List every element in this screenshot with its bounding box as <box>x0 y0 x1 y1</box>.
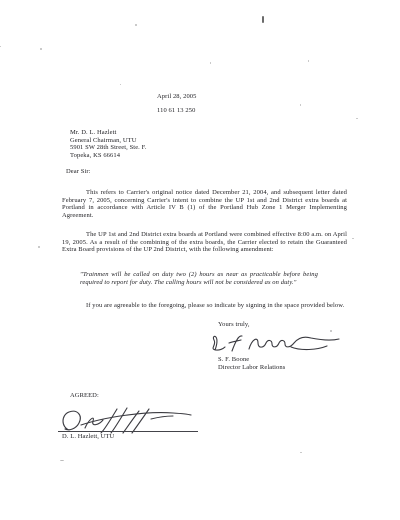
letter-content: April 28, 2005 110 61 13 250 Mr. D. L. H… <box>0 0 400 520</box>
scan-speck <box>356 118 358 119</box>
letter-page: April 28, 2005 110 61 13 250 Mr. D. L. H… <box>0 0 400 520</box>
scan-speck <box>352 238 354 239</box>
amendment-quote: "Trainmen will be called on duty two (2)… <box>80 271 318 286</box>
scan-speck <box>135 24 137 26</box>
scan-artifact <box>262 16 264 23</box>
recipient-city-state: Topeka, KS 66614 <box>70 152 120 160</box>
scan-speck <box>0 46 1 47</box>
file-reference-number: 110 61 13 250 <box>157 107 195 115</box>
sf-boone-signature <box>205 328 345 358</box>
closing-paragraph: If you are agreeable to the foregoing, p… <box>62 302 347 310</box>
scan-speck <box>40 48 42 50</box>
scan-speck <box>120 84 121 85</box>
body-paragraph-1: This refers to Carrier's original notice… <box>62 189 347 219</box>
scan-speck <box>308 60 309 62</box>
scan-speck <box>38 246 40 248</box>
agreed-signer-name: D. L. Hazlett, UTU <box>62 433 114 441</box>
signer-name: S. F. Boone <box>218 356 249 364</box>
scan-speck <box>210 62 211 64</box>
body-paragraph-2: The UP 1st and 2nd District extra boards… <box>62 231 347 254</box>
scan-speck <box>330 330 332 332</box>
recipient-street: 5901 SW 28th Street, Ste. F. <box>70 144 147 152</box>
scan-speck <box>300 104 301 106</box>
salutation: Dear Sir: <box>66 168 91 176</box>
signer-title: Director Labor Relations <box>218 364 285 372</box>
recipient-name: Mr. D. L. Hazlett <box>70 129 116 137</box>
scan-speck <box>300 452 302 453</box>
scan-speck <box>60 460 64 461</box>
agreed-label: AGREED: <box>70 392 99 400</box>
agreement-signature-line <box>58 431 198 432</box>
recipient-title: General Chairman, UTU <box>70 137 137 145</box>
letter-date: April 28, 2005 <box>157 93 197 101</box>
